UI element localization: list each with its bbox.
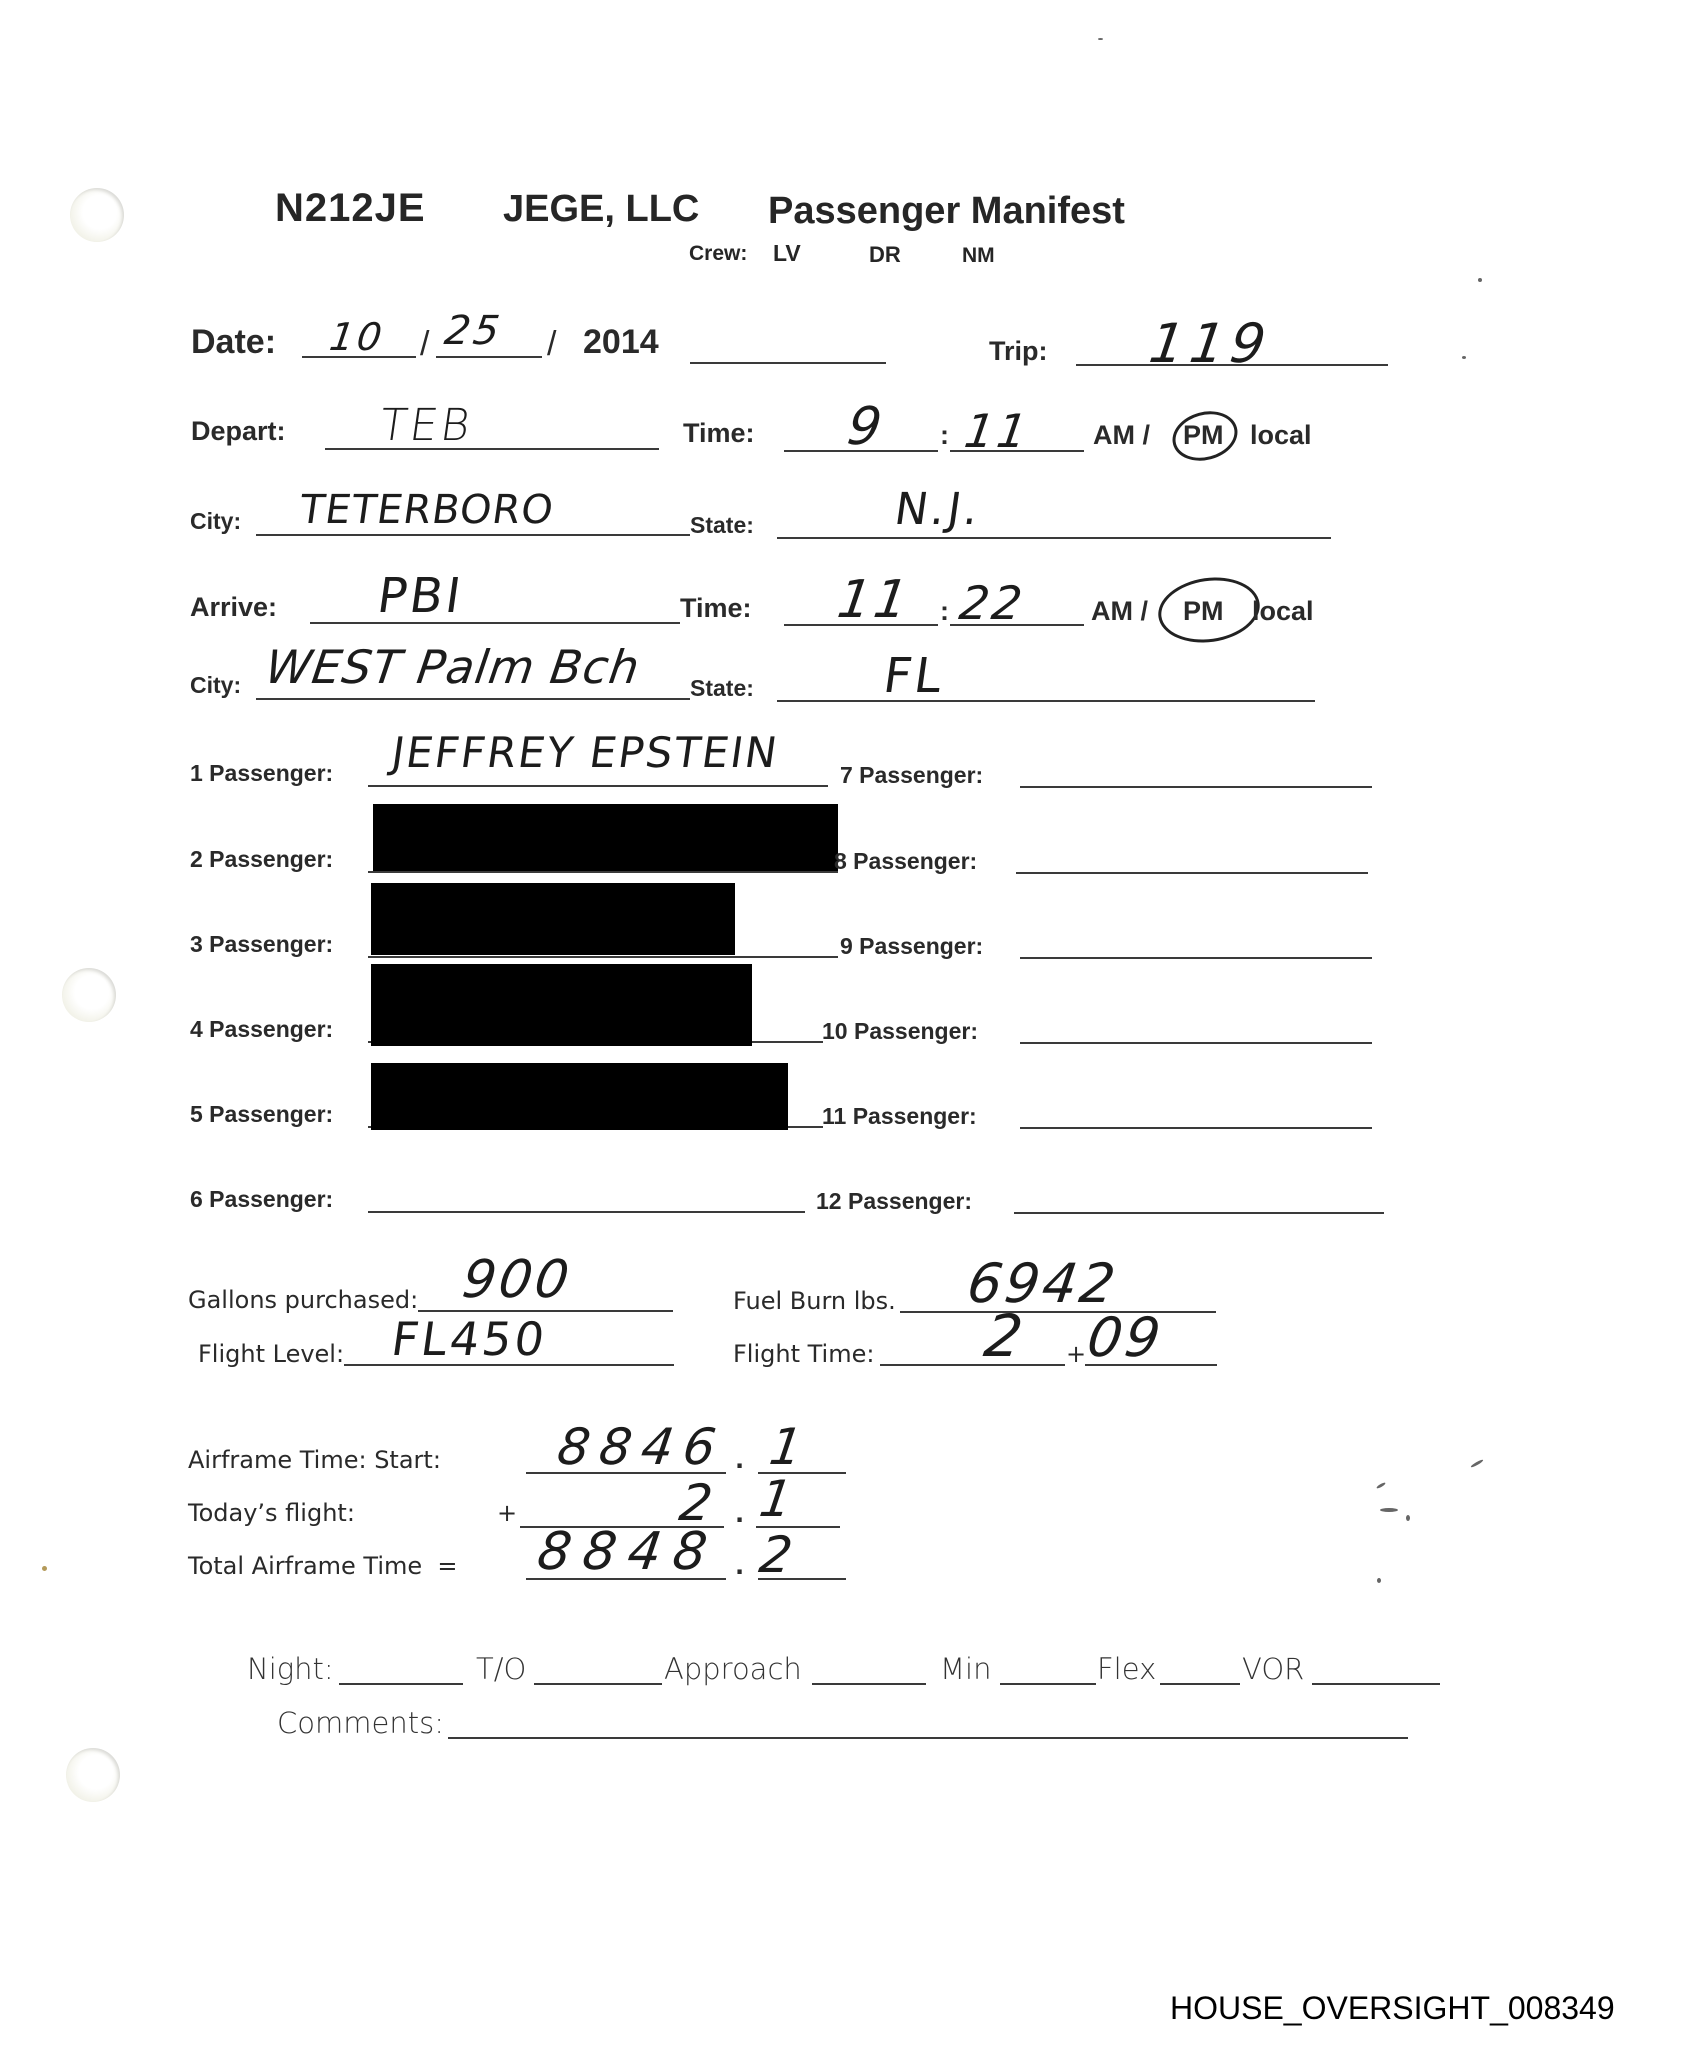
depart-time-label: Time:	[683, 418, 755, 449]
crew-label: Crew:	[689, 242, 747, 266]
airframe-start-decimal: .	[735, 1446, 744, 1474]
date-sep-1: /	[420, 325, 429, 364]
depart-city-line	[256, 534, 690, 536]
flight-time-plus: +	[1066, 1340, 1086, 1368]
night-label: Night:	[247, 1652, 334, 1686]
vor-line	[1312, 1683, 1440, 1685]
arrive-airport-value[interactable]: PBI	[374, 568, 467, 624]
arrive-time-colon: :	[940, 596, 949, 627]
scan-speck	[1462, 356, 1466, 359]
punch-hole-middle	[62, 968, 116, 1022]
arrive-city-value[interactable]: WEST Palm Bch	[262, 640, 643, 694]
flight-level-label: Flight Level:	[198, 1340, 344, 1368]
crew-member-1: LV	[773, 240, 801, 267]
passenger-9-line	[1020, 957, 1372, 959]
redaction-box-passenger-4	[371, 964, 752, 1046]
scan-speck	[1470, 1459, 1484, 1469]
passenger-1-label: 1 Passenger:	[190, 760, 333, 787]
approach-line	[812, 1683, 926, 1685]
to-line	[534, 1683, 662, 1685]
document-title: Passenger Manifest	[768, 190, 1125, 233]
fuel-burn-label: Fuel Burn lbs.	[733, 1287, 896, 1315]
passenger-10-line	[1020, 1042, 1372, 1044]
depart-state-value[interactable]: N.J.	[891, 484, 984, 535]
passenger-1-value[interactable]: JEFFREY EPSTEIN	[389, 728, 782, 777]
crew-member-2: DR	[869, 242, 901, 268]
arrive-hour-value[interactable]: 11	[834, 570, 915, 630]
depart-line	[325, 448, 659, 450]
arrive-state-line	[777, 700, 1315, 702]
flight-time-minutes-value[interactable]: 09	[1084, 1306, 1168, 1369]
min-label: Min	[940, 1652, 991, 1686]
depart-city-value[interactable]: TETERBORO	[297, 487, 557, 533]
crew-member-3: NM	[962, 244, 995, 268]
today-flight-plus: +	[497, 1499, 517, 1527]
vor-label: VOR	[1242, 1652, 1304, 1686]
flex-line	[1160, 1683, 1240, 1685]
passenger-11-line	[1020, 1127, 1372, 1129]
comments-label: Comments:	[277, 1706, 444, 1740]
flex-label: Flex	[1097, 1652, 1156, 1686]
scan-speck	[1406, 1515, 1410, 1521]
passenger-7-line	[1020, 786, 1372, 788]
depart-hour-value[interactable]: 9	[844, 397, 889, 457]
gallons-value[interactable]: 900	[459, 1250, 576, 1310]
arrive-city-line	[256, 698, 690, 700]
comments-line[interactable]	[448, 1737, 1408, 1739]
passenger-12-label: 12 Passenger:	[816, 1188, 972, 1215]
today-flight-label: Today’s flight:	[188, 1499, 355, 1527]
flight-time-hours-line	[880, 1364, 1065, 1366]
night-line	[339, 1683, 463, 1685]
bates-number: HOUSE_OVERSIGHT_008349	[1170, 1990, 1615, 2027]
scan-speck	[1377, 1578, 1381, 1583]
today-flight-tenth-value[interactable]: 1	[756, 1470, 799, 1528]
date-day-line	[436, 356, 542, 358]
redaction-box-passenger-5	[371, 1063, 788, 1130]
scan-speck	[1478, 278, 1482, 282]
arrive-time-label: Time:	[680, 593, 752, 624]
arrive-state-value[interactable]: FL	[880, 648, 948, 704]
trip-value[interactable]: 119	[1146, 312, 1276, 375]
arrive-state-label: State:	[690, 675, 754, 702]
arrive-local-label: local	[1252, 596, 1314, 627]
depart-minute-value[interactable]: 11	[961, 404, 1033, 458]
depart-airport-value[interactable]: TEB	[376, 400, 476, 451]
tail-number: N212JE	[275, 186, 426, 231]
company-name: JEGE, LLC	[503, 188, 699, 231]
date-sep-2: /	[547, 325, 556, 364]
passenger-12-line	[1014, 1212, 1384, 1214]
total-airframe-label: Total Airframe Time =	[188, 1552, 458, 1580]
date-day-value[interactable]: 25	[442, 308, 505, 354]
flight-level-value[interactable]: FL450	[388, 1312, 550, 1366]
approach-label: Approach	[664, 1652, 802, 1686]
passenger-1-line	[368, 785, 828, 787]
depart-state-label: State:	[690, 512, 754, 539]
scan-speck	[1376, 1482, 1386, 1490]
date-year-line	[690, 362, 886, 364]
trip-label: Trip:	[989, 336, 1048, 367]
scan-speck	[1098, 38, 1103, 40]
airframe-start-label: Airframe Time: Start:	[188, 1446, 441, 1474]
depart-city-label: City:	[190, 508, 241, 535]
total-airframe-decimal: .	[735, 1552, 744, 1580]
passenger-7-label: 7 Passenger:	[840, 762, 983, 789]
arrive-minute-value[interactable]: 22	[956, 576, 1028, 630]
flight-time-hours-value[interactable]: 2	[980, 1302, 1029, 1370]
passenger-4-label: 4 Passenger:	[190, 1016, 333, 1043]
arrive-city-label: City:	[190, 672, 241, 699]
scan-speck	[42, 1566, 47, 1571]
redaction-box-passenger-2	[373, 804, 838, 871]
total-airframe-whole-value[interactable]: 8848	[534, 1522, 723, 1582]
date-month-value[interactable]: 10	[327, 315, 388, 359]
date-year: 2014	[583, 323, 659, 362]
passenger-10-label: 10 Passenger:	[822, 1018, 978, 1045]
passenger-2-line	[368, 871, 838, 873]
date-label: Date:	[191, 323, 276, 362]
arrive-line	[310, 622, 680, 624]
passenger-2-label: 2 Passenger:	[190, 846, 333, 873]
passenger-5-label: 5 Passenger:	[190, 1101, 333, 1128]
passenger-11-label: 11 Passenger:	[822, 1103, 977, 1130]
punch-hole-bottom	[66, 1748, 120, 1802]
passenger-6-label: 6 Passenger:	[190, 1186, 333, 1213]
passenger-3-line	[368, 956, 838, 958]
depart-pm-circle	[1167, 404, 1243, 467]
depart-time-colon: :	[940, 420, 949, 451]
passenger-9-label: 9 Passenger:	[840, 933, 983, 960]
depart-am-label[interactable]: AM /	[1093, 420, 1150, 451]
airframe-start-tenth-value[interactable]: 1	[766, 1418, 809, 1476]
passenger-6-line	[368, 1211, 805, 1213]
min-line	[1000, 1683, 1096, 1685]
flight-time-label: Flight Time:	[733, 1340, 874, 1368]
arrive-am-label[interactable]: AM /	[1091, 596, 1148, 627]
depart-local-label: local	[1250, 420, 1312, 451]
passenger-3-label: 3 Passenger:	[190, 931, 333, 958]
to-label: T/O	[476, 1652, 526, 1686]
arrive-label: Arrive:	[190, 592, 277, 623]
redaction-box-passenger-3	[371, 883, 735, 955]
arrive-pm-circle	[1154, 571, 1264, 649]
total-airframe-tenth-value[interactable]: 2	[756, 1526, 799, 1584]
passenger-8-label: 8 Passenger:	[834, 848, 977, 875]
scan-speck	[1380, 1508, 1398, 1512]
punch-hole-top	[70, 188, 124, 242]
depart-label: Depart:	[191, 416, 286, 447]
today-flight-decimal: .	[735, 1500, 744, 1528]
passenger-8-line	[1016, 872, 1368, 874]
depart-state-line	[777, 537, 1331, 539]
gallons-label: Gallons purchased:	[188, 1286, 418, 1314]
airframe-start-whole-value[interactable]: 8846	[554, 1418, 729, 1476]
